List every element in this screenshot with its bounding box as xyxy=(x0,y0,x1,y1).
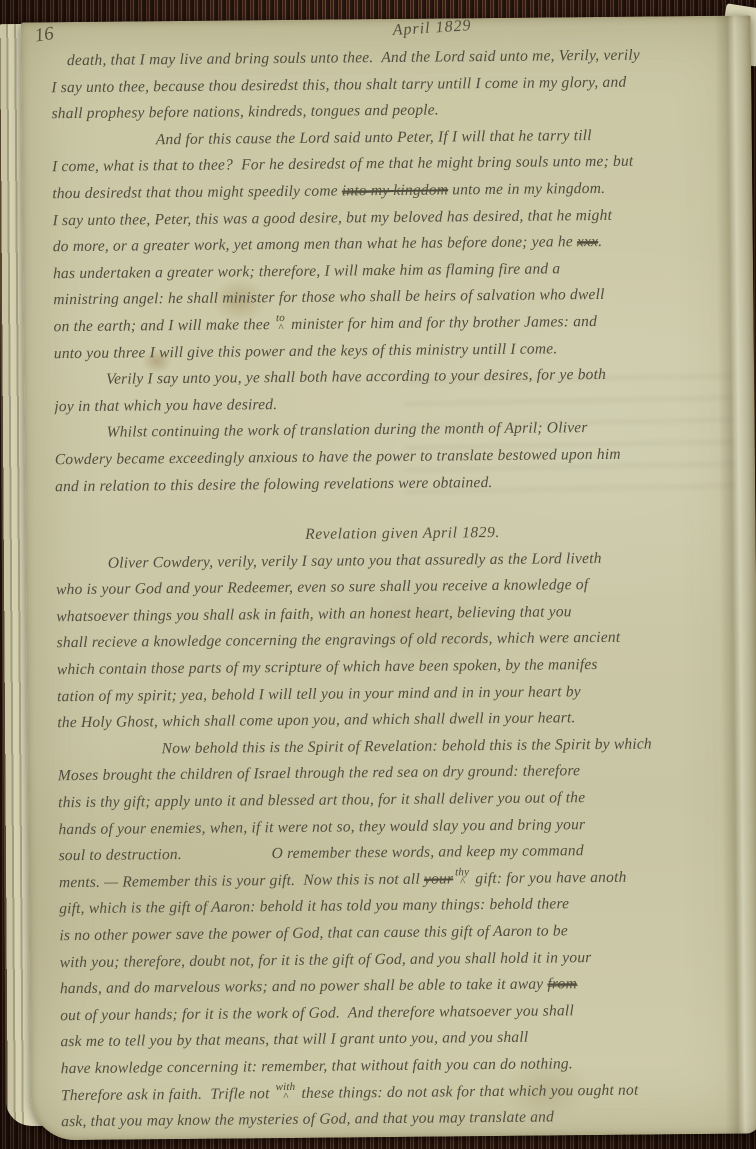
line-text: I say unto thee, Peter, this was a good … xyxy=(52,206,612,228)
interlinear-insertion: to xyxy=(276,313,285,323)
line-text: and in relation to this desire the folow… xyxy=(55,474,493,495)
line-text: I say unto thee, because thou desiredst … xyxy=(51,73,626,96)
line-text: gift, which is the gift of Aaron: behold… xyxy=(59,896,569,918)
struck-out-text: your xyxy=(424,870,453,887)
line-text: unto me in my kingdom. xyxy=(448,180,605,199)
line-text: Verily I say unto you, ye shall both hav… xyxy=(106,366,606,388)
line-text: thou desiredst that thou might speedily … xyxy=(52,182,342,202)
line-text: do more, or a greater work, yet among me… xyxy=(53,233,577,255)
struck-out-text: into my kingdom xyxy=(342,181,448,199)
line-text: Whilst continuing the work of translatio… xyxy=(107,419,588,441)
struck-out-text: xxx xyxy=(577,233,598,250)
line-text: gift: for you have anoth xyxy=(471,869,626,887)
interlinear-date-annotation: April 1829 xyxy=(392,17,472,40)
line-text: Revelation given April 1829. xyxy=(305,524,500,543)
line-text: . xyxy=(598,233,602,250)
line-text: whatsoever things you shall ask in faith… xyxy=(56,603,572,625)
line-text: death, that I may live and bring souls u… xyxy=(67,47,640,69)
line-text: the Holy Ghost, which shall come upon yo… xyxy=(57,709,575,731)
line-text: shall recieve a knowledge concerning the… xyxy=(57,629,621,651)
manuscript-scan: 16 April 1829 death, that I may live and… xyxy=(0,0,756,1149)
struck-out-text: from xyxy=(547,975,577,992)
line-text: ministring angel: he shall minister for … xyxy=(53,286,604,308)
interlinear-insertion: thy xyxy=(455,867,469,877)
line-text: Therefore ask in faith. Trifle not xyxy=(61,1085,274,1104)
line-text: Now behold this is the Spirit of Revelat… xyxy=(162,735,652,757)
line-text: out of your hands; for it is the work of… xyxy=(60,1002,574,1024)
line-text: Moses brought the children of Israel thr… xyxy=(58,763,580,785)
line-text: these things: do not ask for that which … xyxy=(297,1081,638,1101)
line-text: ask, that you may know the mysteries of … xyxy=(61,1109,554,1131)
line-text: unto you three I will give this power an… xyxy=(54,340,558,362)
line-text: tation of my spirit; yea, behold I will … xyxy=(57,683,581,705)
line-text: And for this cause the Lord said unto Pe… xyxy=(156,127,592,148)
line-text: who is your God and your Redeemer, even … xyxy=(56,576,588,598)
line-text: ask me to tell you by that means, that w… xyxy=(60,1029,528,1050)
line-text: I come, what is that to thee? For he des… xyxy=(52,153,634,176)
line-text: minister for him and for thy brother Jam… xyxy=(287,313,597,333)
line-text: ments. — Remember this is your gift. Now… xyxy=(59,871,424,892)
line-text: has undertaken a greater work; therefore… xyxy=(53,260,560,282)
line-text: this is thy gift; apply unto it and bles… xyxy=(58,789,585,811)
manuscript-body: death, that I may live and bring souls u… xyxy=(51,42,755,1136)
manuscript-line: ask, that you may know the mysteries of … xyxy=(61,1103,755,1136)
line-text: Cowdery became exceedingly anxious to ha… xyxy=(55,446,621,468)
line-text: soul to destruction. O remember these wo… xyxy=(59,842,584,864)
page-number: 16 xyxy=(33,23,55,48)
manuscript-page: 16 April 1829 death, that I may live and… xyxy=(21,16,756,1141)
interlinear-insertion: with xyxy=(276,1082,296,1092)
line-text: hands of your enemies, when, if it were … xyxy=(58,816,585,838)
line-text: Oliver Cowdery, verily, verily I say unt… xyxy=(108,550,602,572)
line-text: with you; therefore, doubt not, for it i… xyxy=(60,949,592,971)
line-text: joy in that which you have desired. xyxy=(54,396,277,415)
line-text: shall prophesy before nations, kindreds,… xyxy=(51,102,439,123)
line-text: have knowledge concerning it: remember, … xyxy=(61,1055,573,1077)
line-text: which contain those parts of my scriptur… xyxy=(57,656,598,678)
line-text: hands, and do marvelous works; and no po… xyxy=(60,976,548,998)
line-text: on the earth; and I will make thee xyxy=(53,316,274,335)
line-text: is no other power save the power of God,… xyxy=(59,922,568,944)
